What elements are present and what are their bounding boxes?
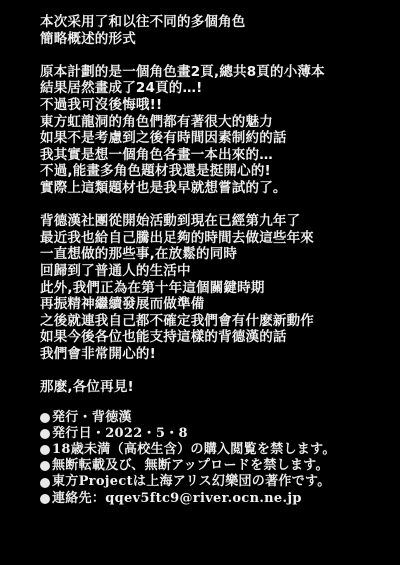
colophon-text: 連絡先：qqev5ftc9@river.ocn.ne.jp (52, 491, 302, 507)
bullet-icon (40, 461, 50, 471)
paragraph-gap (40, 197, 390, 214)
colophon-text: 発行日・2022・5・8 (52, 426, 188, 442)
bullet-icon (40, 413, 50, 423)
colophon-age-restriction: 18歳未満（高校生含）の購入閲覧を禁します。 (40, 442, 390, 458)
colophon-contact: 連絡先：qqev5ftc9@river.ocn.ne.jp (40, 491, 390, 507)
text-line: 不過,能畫多角色題材我還是挺開心的! (40, 163, 390, 180)
paragraph-gap (40, 47, 390, 64)
bullet-icon (40, 445, 50, 455)
text-line: 背德漢社團從開始活動到現在已經第九年了 (40, 213, 390, 230)
colophon: 発行・背徳漢 発行日・2022・5・8 18歳未満（高校生含）の購入閲覧を禁しま… (40, 410, 390, 507)
text-line: 那麽,各位再見! (40, 379, 390, 396)
text-line: 如果不是考慮到之後有時間因素制約的話 (40, 130, 390, 147)
text-line: 之後就連我自己都不確定我們會有什麽新動作 (40, 313, 390, 330)
paragraph-plan: 原本計劃的是一個角色畫2頁,總共8頁的小薄本 結果居然畫成了24頁的…! 不過我… (40, 64, 390, 197)
text-line: 東方虹龍洞的角色們都有著很大的魅力 (40, 114, 390, 131)
text-line: 不過我可沒後悔哦!! (40, 97, 390, 114)
colophon-copyright: 東方Projectは上海アリス幻樂団の著作です。 (40, 474, 390, 490)
text-line: 回歸到了普通人的生活中 (40, 263, 390, 280)
text-line: 如果今後各位也能支持這樣的背德漢的話 (40, 329, 390, 346)
bullet-icon (40, 429, 50, 439)
colophon-publisher: 発行・背徳漢 (40, 410, 390, 426)
colophon-text: 発行・背徳漢 (52, 410, 132, 426)
text-line: 結果居然畫成了24頁的…! (40, 80, 390, 97)
text-line: 一直想做的那些事,在放鬆的同時 (40, 246, 390, 263)
colophon-text: 東方Projectは上海アリス幻樂団の著作です。 (52, 474, 331, 490)
text-line: 本次采用了和以往不同的多個角色 (40, 14, 390, 31)
paragraph-gap (40, 362, 390, 379)
text-line: 我其實是想一個角色各畫一本出來的… (40, 147, 390, 164)
text-line: 原本計劃的是一個角色畫2頁,總共8頁的小薄本 (40, 64, 390, 81)
colophon-text: 18歳未満（高校生含）の購入閲覧を禁します。 (52, 442, 336, 458)
colophon-text: 無断転載及び、無断アップロードを禁します。 (52, 458, 329, 474)
text-line: 再振精神繼續發展而做準備 (40, 296, 390, 313)
text-line: 最近我也給自己騰出足夠的時間去做這些年來 (40, 230, 390, 247)
text-line: 簡略概述的形式 (40, 31, 390, 48)
text-line: 實際上這類題材也是我早就想嘗試的了。 (40, 180, 390, 197)
text-line: 此外,我們正為在第十年這個關鍵時期 (40, 280, 390, 297)
bullet-icon (40, 494, 50, 504)
bullet-icon (40, 478, 50, 488)
afterword-page: 本次采用了和以往不同的多個角色 簡略概述的形式 原本計劃的是一個角色畫2頁,總共… (40, 14, 390, 507)
colophon-date: 発行日・2022・5・8 (40, 426, 390, 442)
paragraph-circle: 背德漢社團從開始活動到現在已經第九年了 最近我也給自己騰出足夠的時間去做這些年來… (40, 213, 390, 362)
paragraph-farewell: 那麽,各位再見! (40, 379, 390, 396)
text-line: 我們會非常開心的! (40, 346, 390, 363)
paragraph-gap (40, 396, 390, 408)
paragraph-intro: 本次采用了和以往不同的多個角色 簡略概述的形式 (40, 14, 390, 47)
colophon-no-reupload: 無断転載及び、無断アップロードを禁します。 (40, 458, 390, 474)
